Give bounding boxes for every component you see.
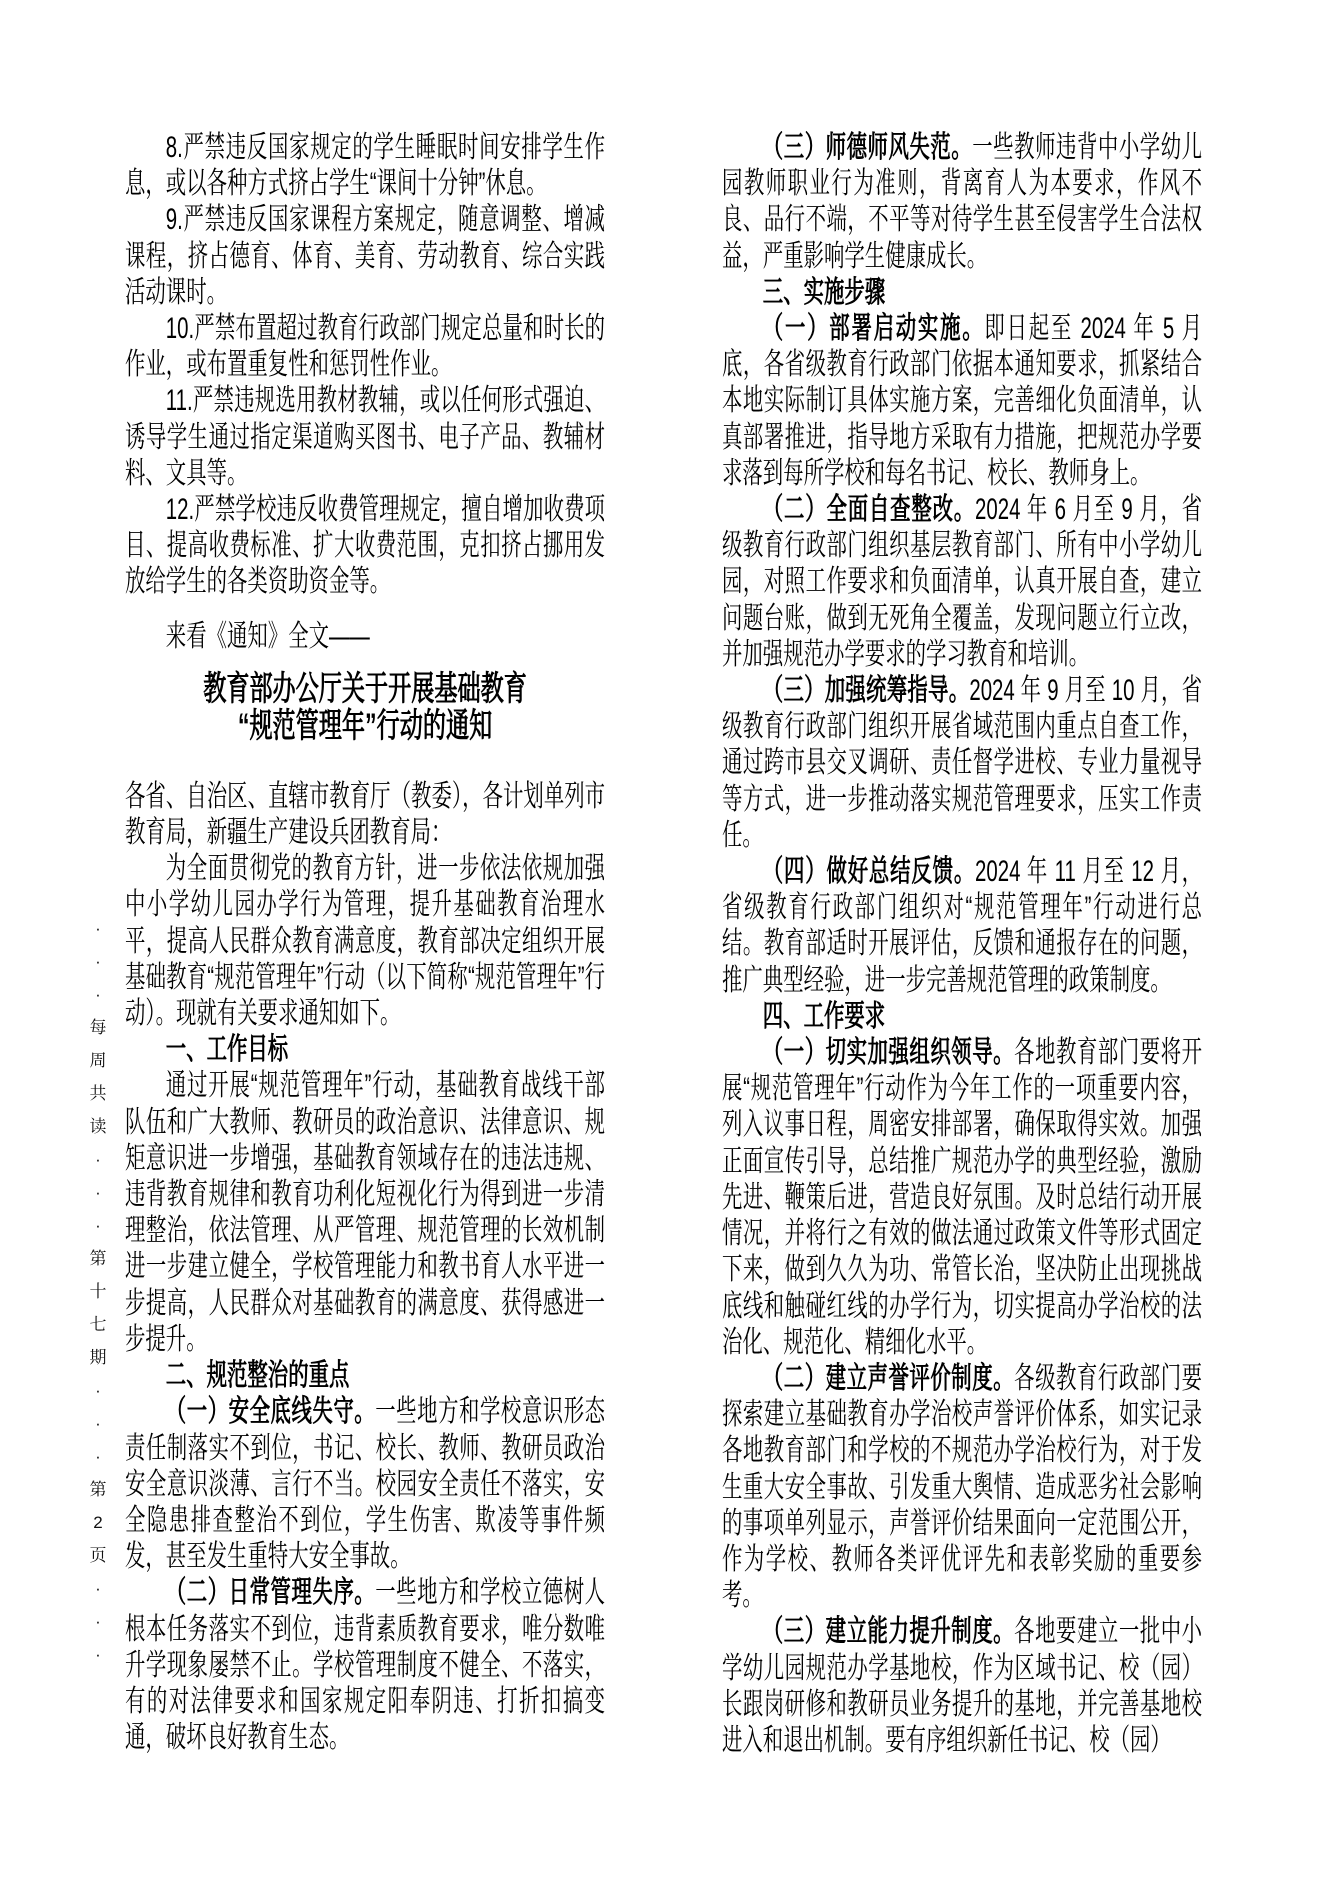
margin-caption-char: 共 <box>86 1077 110 1110</box>
section-4-heading: 四、工作要求 <box>722 999 1202 1035</box>
section-4-item-2: （二）建立声誉评价制度。各级教育行政部门要探索建立基础教育办学治校声誉评价体系，… <box>722 1361 1202 1614</box>
item-11: 11.严禁违规选用教材教辅，或以任何形式强迫、诱导学生通过指定渠道购买图书、电子… <box>125 383 605 492</box>
item-10: 10.严禁布置超过教育行政部门规定总量和时长的作业，或布置重复性和惩罚性作业。 <box>125 311 605 383</box>
title-line: 教育部办公厅关于开展基础教育 <box>125 671 605 708</box>
item-9: 9.严禁违反国家课程方案规定，随意调整、增减课程，挤占德育、体育、美育、劳动教育… <box>125 202 605 311</box>
margin-caption-char: 2 <box>86 1506 110 1539</box>
section-2-item-3: （三）师德师风失范。一些教师违背中小学幼儿园教师职业行为准则，背离育人为本要求，… <box>722 130 1202 275</box>
margin-caption-char: 期 <box>86 1341 110 1374</box>
item-8: 8.严禁违反国家规定的学生睡眠时间安排学生作息，或以各种方式挤占学生“课间十分钟… <box>125 130 605 202</box>
run-in-heading: （三）建立能力提升制度。 <box>763 1615 1014 1648</box>
margin-caption-char: 周 <box>86 1044 110 1077</box>
right-text-column: （三）师德师风失范。一些教师违背中小学幼儿园教师职业行为准则，背离育人为本要求，… <box>722 130 1202 1759</box>
section-3-item-1: （一）部署启动实施。即日起至 2024 年 5 月底，各省级教育行政部门依据本通… <box>722 311 1202 492</box>
run-in-heading: （二）建立声誉评价制度。 <box>763 1362 1014 1395</box>
document-page: ···每周共读···第十七期···第2页··· 8.严禁违反国家规定的学生睡眠时… <box>0 0 1339 1894</box>
run-in-heading: （二）日常管理失序。 <box>166 1576 375 1609</box>
margin-caption-char: · <box>86 912 110 945</box>
margin-caption-char: · <box>86 1209 110 1242</box>
margin-caption-char: 读 <box>86 1110 110 1143</box>
margin-caption-char: 七 <box>86 1308 110 1341</box>
section-4-item-3: （三）建立能力提升制度。各地要建立一批中小学幼儿园规范办学基地校，作为区域书记、… <box>722 1614 1202 1759</box>
run-in-heading: （一）安全底线失守。 <box>166 1395 375 1428</box>
lead-in-note: 来看《通知》全文—— <box>125 619 605 655</box>
margin-caption-char: · <box>86 1374 110 1407</box>
section-3-item-3: （三）加强统筹指导。2024 年 9 月至 10 月，省级教育行政部门组织开展省… <box>722 673 1202 854</box>
section-3-item-2: （二）全面自查整改。2024 年 6 月至 9 月，省级教育行政部门组织基层教育… <box>722 492 1202 673</box>
margin-caption-char: 第 <box>86 1242 110 1275</box>
margin-caption-char: 页 <box>86 1539 110 1572</box>
margin-caption-char: · <box>86 1176 110 1209</box>
section-1-heading: 一、工作目标 <box>125 1032 605 1068</box>
section-1-body: 通过开展“规范管理年”行动，基础教育战线干部队伍和广大教师、教研员的政治意识、法… <box>125 1068 605 1358</box>
section-2-heading: 二、规范整治的重点 <box>125 1358 605 1394</box>
run-in-heading: （三）师德师风失范。 <box>763 131 972 164</box>
margin-caption-char: · <box>86 978 110 1011</box>
document-title: 教育部办公厅关于开展基础教育“规范管理年”行动的通知 <box>125 671 605 745</box>
margin-caption-char: 第 <box>86 1473 110 1506</box>
margin-caption-char: · <box>86 1407 110 1440</box>
page-margin-caption: ···每周共读···第十七期···第2页··· <box>86 912 110 1671</box>
run-in-heading: （三）加强统筹指导。 <box>763 674 970 707</box>
left-text-column: 8.严禁违反国家规定的学生睡眠时间安排学生作息，或以各种方式挤占学生“课间十分钟… <box>125 130 605 1756</box>
margin-caption-char: · <box>86 1143 110 1176</box>
addressees: 各省、自治区、直辖市教育厅（教委），各计划单列市教育局，新疆生产建设兵团教育局： <box>125 779 605 851</box>
item-12: 12.严禁学校违反收费管理规定，擅自增加收费项目、提高收费标准、扩大收费范围，克… <box>125 492 605 601</box>
margin-caption-char: · <box>86 1572 110 1605</box>
margin-caption-char: · <box>86 1605 110 1638</box>
section-4-item-1: （一）切实加强组织领导。各地教育部门要将开展“规范管理年”行动作为今年工作的一项… <box>722 1035 1202 1361</box>
margin-caption-char: · <box>86 945 110 978</box>
margin-caption-char: · <box>86 1440 110 1473</box>
margin-caption-char: · <box>86 1638 110 1671</box>
section-3-heading: 三、实施步骤 <box>722 275 1202 311</box>
title-line: “规范管理年”行动的通知 <box>125 708 605 745</box>
preamble: 为全面贯彻党的教育方针，进一步依法依规加强中小学幼儿园办学行为管理，提升基础教育… <box>125 851 605 1032</box>
run-in-heading: （二）全面自查整改。 <box>763 493 975 526</box>
run-in-heading: （一）部署启动实施。 <box>763 312 985 345</box>
section-3-item-4: （四）做好总结反馈。2024 年 11 月至 12 月，省级教育行政部门组织对“… <box>722 854 1202 999</box>
margin-caption-char: 每 <box>86 1011 110 1044</box>
section-2-item-1: （一）安全底线失守。一些地方和学校意识形态责任制落实不到位，书记、校长、教师、教… <box>125 1394 605 1575</box>
run-in-heading: （四）做好总结反馈。 <box>763 855 975 888</box>
run-in-heading: （一）切实加强组织领导。 <box>763 1036 1014 1069</box>
margin-caption-char: 十 <box>86 1275 110 1308</box>
section-2-item-2: （二）日常管理失序。一些地方和学校立德树人根本任务落实不到位，违背素质教育要求，… <box>125 1575 605 1756</box>
